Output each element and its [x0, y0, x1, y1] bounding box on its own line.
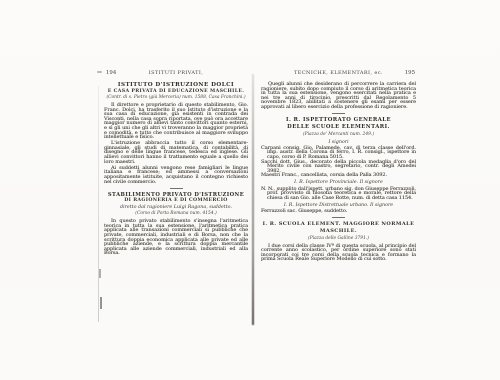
- left-page-edge-shadow: [98, 86, 99, 322]
- ink-mark: [99, 269, 101, 278]
- section-address: (Piazza de' Mercanti num. 249.): [261, 132, 416, 137]
- section-title: I. R. SCUOLA ELEMENT. MAGGIORE NORMALE: [261, 221, 416, 228]
- left-running-header: 194 ISTITUTI PRIVATI,: [104, 70, 248, 77]
- paragraph: Quegli alunni che desiderano di percorre…: [261, 82, 416, 110]
- right-page-number: 195: [405, 70, 415, 76]
- paragraph: In questo privato stabilimento s'insegna…: [104, 219, 248, 256]
- book-scan: 194 ISTITUTI PRIVATI, ISTITUTO D'ISTRUZI…: [0, 0, 500, 380]
- section-director-line: diretto dal ragioniere Luigi Ragona, sud…: [104, 205, 248, 210]
- ink-smudge: [97, 71, 102, 73]
- divider-rule: [332, 217, 345, 218]
- paragraph: I due corsi della classe IVª di questa s…: [261, 244, 416, 262]
- inspector-provincial-label: I. R. Ispettore Provinciale. Il signore: [261, 180, 416, 185]
- section-address: (Corso di Porta Romana num. 4154.): [104, 211, 248, 216]
- section-ispettorato: I. R. ISPETTORATO GENERALE DELLE SCUOLE …: [261, 117, 416, 213]
- book-gutter-shadow: [252, 74, 254, 325]
- directory-entry: N. N., supplito dall'ispett. urbano sig.…: [261, 187, 416, 201]
- section-title: MASCHILE.: [261, 228, 416, 235]
- section-subtitle: DI RAGIONERIA E DI COMMERCIO: [104, 198, 248, 203]
- section-stabilimento-ragioneria: STABILIMENTO PRIVATO D'ISTRUZIONE DI RAG…: [104, 192, 248, 256]
- directory-entry: Maestri Franc., cancellista, corsia dell…: [261, 173, 416, 178]
- paragraph: Ai suddetti alunni vengono rese famiglia…: [104, 166, 248, 184]
- divider-rule: [332, 113, 345, 114]
- directory-entry: Carpani consig. Gio. Palamede, cav. di t…: [261, 146, 416, 160]
- section-title: ISTITUTO D'ISTRUZIONE DOLCI: [104, 82, 248, 89]
- divider-rule: [170, 188, 183, 189]
- left-running-head: ISTITUTI PRIVATI,: [104, 70, 248, 76]
- section-address: (Contr. di s. Pietro (già Merceria) num.…: [104, 95, 248, 100]
- right-running-header: TECNICHE, ELEMENTARI, ec. 195: [261, 70, 416, 77]
- paragraph: Il direttore e proprietario di questo st…: [104, 103, 248, 140]
- ink-mark: [100, 297, 102, 309]
- section-subtitle: E CASA PRIVATA DI EDUCAZIONE MASCHILE.: [104, 89, 248, 94]
- section-address: (Piazza delle Galline 3791.): [261, 236, 416, 241]
- left-page: 194 ISTITUTI PRIVATI, ISTITUTO D'ISTRUZI…: [104, 70, 248, 258]
- paragraph: L'istruzione abbraccia tutto il corso el…: [104, 141, 248, 164]
- section-title: DELLE SCUOLE ELEMENTARI.: [261, 124, 416, 131]
- section-scuola-normale: I. R. SCUOLA ELEMENT. MAGGIORE NORMALE M…: [261, 221, 416, 262]
- signori-label: I signori: [261, 140, 416, 145]
- right-running-head: TECNICHE, ELEMENTARI, ec.: [261, 70, 416, 76]
- directory-entry: Ferrazzoli sac. Giuseppe, suddetto.: [261, 209, 416, 214]
- section-title: I. R. ISPETTORATO GENERALE: [261, 117, 416, 124]
- section-istituto-dolci: ISTITUTO D'ISTRUZIONE DOLCI E CASA PRIVA…: [104, 82, 248, 184]
- right-page: TECNICHE, ELEMENTARI, ec. 195 Quegli alu…: [261, 70, 416, 264]
